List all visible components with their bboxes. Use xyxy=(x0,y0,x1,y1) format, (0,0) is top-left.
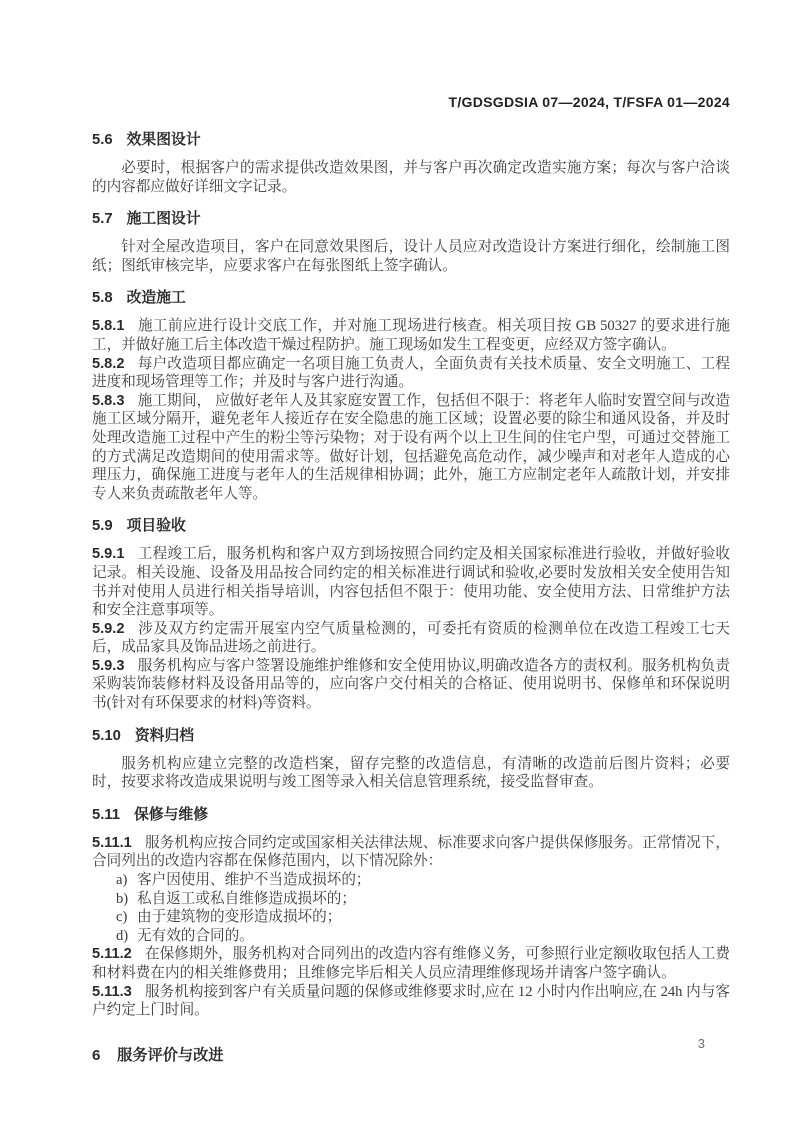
document-page: T/GDSGDSIA 07—2024, T/FSFA 01—2024 5.6效果… xyxy=(0,0,800,1131)
clause-text: 施工前应进行设计交底工作，并对施工现场进行核查。相关项目按 GB 50327 的… xyxy=(92,318,730,353)
list-text: 由于建筑物的变形造成损坏的； xyxy=(137,909,341,925)
heading-6: 6服务评价与改进 xyxy=(92,1046,730,1065)
clause-5-8-2: 5.8.2每户改造项目都应确定一名项目施工负责人，全面负责有关技术质量、安全文明… xyxy=(92,355,730,392)
heading-number: 6 xyxy=(92,1047,100,1064)
clause-text: 施工期间， 应做好老年人及其家庭安置工作，包括但不限于：将老年人临时安置空间与改… xyxy=(92,393,730,502)
heading-5-9: 5.9项目验收 xyxy=(92,517,730,536)
heading-title: 服务评价与改进 xyxy=(117,1047,223,1064)
list-label: c) xyxy=(116,908,137,927)
heading-title: 资料归档 xyxy=(135,728,194,744)
clause-5-8-1: 5.8.1施工前应进行设计交底工作，并对施工现场进行核查。相关项目按 GB 50… xyxy=(92,317,730,354)
clause-text: 服务机构应按合同约定或国家相关法律法规、标准要求向客户提供保修服务。正常情况下，… xyxy=(92,835,730,870)
clause-number: 5.11.3 xyxy=(92,984,132,1000)
list-label: b) xyxy=(116,890,137,909)
heading-number: 5.8 xyxy=(92,290,113,306)
clause-number: 5.11.1 xyxy=(92,835,132,851)
clause-5-11-3: 5.11.3服务机构接到客户有关质量问题的保修或维修要求时,应在 12 小时内作… xyxy=(92,983,730,1020)
clause-5-11-2: 5.11.2在保修期外，服务机构对合同列出的改造内容有维修义务，可参照行业定额收… xyxy=(92,945,730,982)
clause-text: 涉及双方约定需开展室内空气质量检测的，可委托有资质的检测单位在改造工程竣工七天后… xyxy=(92,621,730,656)
list-item-d: d)无有效的合同的。 xyxy=(92,927,730,946)
heading-5-8: 5.8改造施工 xyxy=(92,289,730,308)
exception-list: a)客户因使用、维护不当造成损坏的； b)私自返工或私自维修造成损坏的； c)由… xyxy=(92,871,730,945)
clause-number: 5.9.1 xyxy=(92,546,124,562)
clause-text: 工程竣工后，服务机构和客户双方到场按照合同约定及相关国家标准进行验收，并做好验收… xyxy=(92,546,730,618)
heading-title: 效果图设计 xyxy=(127,132,201,148)
clause-5-9-2: 5.9.2涉及双方约定需开展室内空气质量检测的，可委托有资质的检测单位在改造工程… xyxy=(92,620,730,657)
heading-number: 5.6 xyxy=(92,132,113,148)
heading-5-6: 5.6效果图设计 xyxy=(92,131,730,150)
list-text: 无有效的合同的。 xyxy=(137,928,254,944)
heading-5-11: 5.11保修与维修 xyxy=(92,806,730,825)
clause-5-9-1: 5.9.1工程竣工后，服务机构和客户双方到场按照合同约定及相关国家标准进行验收，… xyxy=(92,545,730,619)
heading-title: 保修与维修 xyxy=(134,807,208,823)
clause-number: 5.11.2 xyxy=(92,946,132,962)
list-text: 私自返工或私自维修造成损坏的； xyxy=(137,891,356,907)
paragraph-5-6: 必要时，根据客户的需求提供改造效果图，并与客户再次确定改造实施方案；每次与客户洽… xyxy=(92,159,730,196)
clause-number: 5.9.3 xyxy=(92,658,124,674)
clause-number: 5.8.1 xyxy=(92,318,124,334)
list-label: d) xyxy=(116,927,137,946)
clause-text: 每户改造项目都应确定一名项目施工负责人，全面负责有关技术质量、安全文明施工、工程… xyxy=(92,356,730,391)
clause-text: 服务机构应与客户签署设施维护维修和安全使用协议,明确改造各方的责权利。服务机构负… xyxy=(92,658,730,711)
heading-title: 项目验收 xyxy=(127,518,186,534)
heading-title: 施工图设计 xyxy=(127,211,201,227)
standard-number-header: T/GDSGDSIA 07—2024, T/FSFA 01—2024 xyxy=(92,94,730,110)
clause-5-8-3: 5.8.3施工期间， 应做好老年人及其家庭安置工作，包括但不限于：将老年人临时安… xyxy=(92,392,730,504)
paragraph-5-10: 服务机构应建立完整的改造档案，留存完整的改造信息，有清晰的改造前后图片资料；必要… xyxy=(92,755,730,792)
list-label: a) xyxy=(116,871,137,890)
list-text: 客户因使用、维护不当造成损坏的； xyxy=(137,872,371,888)
heading-5-7: 5.7施工图设计 xyxy=(92,210,730,229)
clause-text: 在保修期外，服务机构对合同列出的改造内容有维修义务，可参照行业定额收取包括人工费… xyxy=(92,946,730,981)
heading-5-10: 5.10资料归档 xyxy=(92,727,730,746)
clause-5-11-1: 5.11.1服务机构应按合同约定或国家相关法律法规、标准要求向客户提供保修服务。… xyxy=(92,834,730,871)
heading-number: 5.7 xyxy=(92,211,113,227)
heading-title: 改造施工 xyxy=(127,290,186,306)
heading-number: 5.9 xyxy=(92,518,113,534)
clause-5-9-3: 5.9.3服务机构应与客户签署设施维护维修和安全使用协议,明确改造各方的责权利。… xyxy=(92,657,730,713)
list-item-c: c)由于建筑物的变形造成损坏的； xyxy=(92,908,730,927)
heading-number: 5.10 xyxy=(92,728,121,744)
list-item-a: a)客户因使用、维护不当造成损坏的； xyxy=(92,871,730,890)
clause-text: 服务机构接到客户有关质量问题的保修或维修要求时,应在 12 小时内作出响应,在 … xyxy=(92,984,730,1019)
paragraph-5-7: 针对全屋改造项目，客户在同意效果图后，设计人员应对改造设计方案进行细化，绘制施工… xyxy=(92,238,730,275)
clause-number: 5.8.3 xyxy=(92,393,124,409)
clause-number: 5.9.2 xyxy=(92,621,124,637)
page-number: 3 xyxy=(698,1036,705,1051)
clause-number: 5.8.2 xyxy=(92,356,124,372)
list-item-b: b)私自返工或私自维修造成损坏的； xyxy=(92,890,730,909)
heading-number: 5.11 xyxy=(92,807,120,823)
